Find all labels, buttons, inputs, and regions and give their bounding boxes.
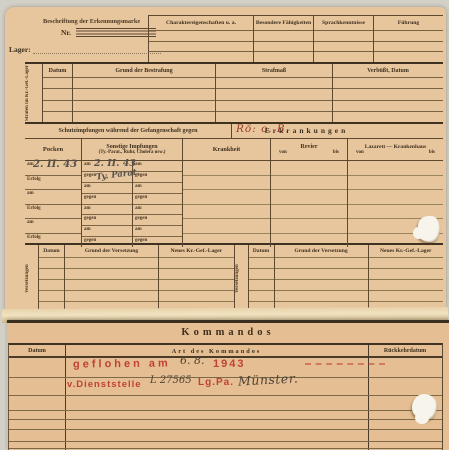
traits-header: Charaktereigenschaften u. a. xyxy=(149,16,253,30)
nr-scribble-lines xyxy=(76,28,156,37)
ruled-row xyxy=(314,51,373,62)
escape-stamp-year: 1943 xyxy=(213,358,245,370)
ruled-row xyxy=(73,111,215,122)
ruled-row xyxy=(271,161,347,176)
handwritten-unit-number: L 27565 xyxy=(150,375,192,386)
column-header: Grund der Versetzung xyxy=(65,245,158,257)
ruled-row xyxy=(43,88,72,99)
transfers-left-half: Versetzungen Datum Grund der Versetzung xyxy=(25,245,234,312)
ruled-row xyxy=(314,41,373,52)
ruled-line xyxy=(9,410,442,411)
transfers-side-label: Versetzungen xyxy=(235,245,248,312)
transfers-col-reason: Grund der Versetzung xyxy=(64,245,158,312)
traits-header: Sprachkenntnisse xyxy=(314,16,373,30)
illnesses-title: Erkrankungen xyxy=(232,124,381,138)
ruled-row xyxy=(249,290,274,301)
lager-label: Lager: xyxy=(9,45,31,54)
ruled-row xyxy=(254,51,313,62)
scanned-pow-record-card: Beschriftung der Erkennungsmarke Nr. Lag… xyxy=(0,0,449,450)
von-label: von xyxy=(356,150,364,155)
ruled-row xyxy=(249,279,274,290)
traits-header: Besondere Fähigkeiten xyxy=(254,16,313,30)
ruled-row xyxy=(65,279,158,290)
column-header: Datum xyxy=(43,64,72,77)
column-header: Datum xyxy=(39,245,64,257)
smallpox-header: Pocken xyxy=(25,139,81,160)
other-vaccinations-column-a: am 2. II. 43 gegen Ty. Parat. am gegen a… xyxy=(81,161,132,247)
ruled-row xyxy=(275,257,368,268)
vaccinations-illnesses-table: Schutzimpfungen während der Gefangenscha… xyxy=(25,122,443,245)
ruled-row xyxy=(43,100,72,111)
transfers-table: Versetzungen Datum Grund der Versetzung xyxy=(25,245,443,312)
kommandos-card: Kommandos Datum Art des Kommandos Rückke… xyxy=(7,320,449,450)
infirmary-header: Revier von bis xyxy=(270,139,347,160)
ruled-row xyxy=(39,279,64,290)
punishments-col-served: Verbüßt, Datum xyxy=(332,64,443,122)
ruled-row xyxy=(216,88,332,99)
transfers-col-date: Datum xyxy=(38,245,64,312)
ruled-row xyxy=(333,77,443,88)
ruled-line xyxy=(9,395,442,396)
ruled-row xyxy=(275,268,368,279)
ruled-row xyxy=(348,161,443,176)
column-header: Datum xyxy=(249,245,274,257)
ruled-line xyxy=(9,441,442,442)
tag-number-row: Nr. xyxy=(61,28,156,37)
ruled-line xyxy=(9,419,442,420)
ruled-row xyxy=(183,205,270,220)
ruled-row xyxy=(271,205,347,220)
column-divider xyxy=(65,345,66,450)
ruled-row xyxy=(43,77,72,88)
ruled-row xyxy=(216,77,332,88)
traits-table: Charaktereigenschaften u. a. Besondere F… xyxy=(148,15,443,62)
ruled-row xyxy=(73,88,215,99)
traits-header: Führung xyxy=(374,16,443,30)
red-dashed-mark xyxy=(305,363,385,365)
ruled-row xyxy=(39,268,64,279)
ruled-row xyxy=(216,100,332,111)
ruled-line xyxy=(9,448,442,449)
nr-label: Nr. xyxy=(61,28,71,37)
disease-column xyxy=(182,161,270,247)
ruled-row xyxy=(271,176,347,191)
ruled-row xyxy=(149,41,253,52)
other-vaccinations-header: Sonstige Impfungen (Ty.-Parat., Ruhr, Ch… xyxy=(81,139,182,160)
ruled-row xyxy=(374,51,443,62)
handwritten-escape-date: 6. 8. xyxy=(180,354,205,367)
ruled-row xyxy=(65,290,158,301)
ruled-row xyxy=(333,88,443,99)
ruled-row xyxy=(254,30,313,41)
column-header: Neues Kr.-Gef.-Lager xyxy=(159,245,233,257)
handwritten-date: 2. II. 43 xyxy=(33,159,77,170)
column-header: Grund der Bestrafung xyxy=(73,64,215,77)
punishments-col-penalty: Strafmaß xyxy=(215,64,332,122)
punch-hole xyxy=(412,394,437,420)
ruled-row xyxy=(333,100,443,111)
ruled-row xyxy=(159,257,233,268)
lager-dotted-line xyxy=(33,46,161,54)
ruled-row xyxy=(183,176,270,191)
vaccinations-header-row: Pocken Sonstige Impfungen (Ty.-Parat., R… xyxy=(25,138,443,160)
ruled-row xyxy=(249,257,274,268)
vaccinations-data-rows: am 2. II. 43 Erfolg am Erfolg am Erfolg … xyxy=(25,160,443,247)
column-header: Neues Kr.-Gef.-Lager xyxy=(369,245,443,257)
transfers-right-half: Versetzungen Datum Grund der Versetzung xyxy=(234,245,444,312)
ruled-row xyxy=(271,219,347,234)
bis-label: bis xyxy=(429,150,435,155)
ruled-row xyxy=(348,190,443,205)
ruled-row xyxy=(271,190,347,205)
hospital-header: Lazarett — Krankenhaus von bis xyxy=(347,139,443,160)
ruled-row xyxy=(275,279,368,290)
traits-col-character: Charaktereigenschaften u. a. xyxy=(148,16,253,62)
column-divider xyxy=(368,345,369,450)
ruled-row xyxy=(369,257,443,268)
ruled-row xyxy=(149,30,253,41)
ruled-row xyxy=(183,190,270,205)
ruled-row xyxy=(159,268,233,279)
column-header: Strafmaß xyxy=(216,64,332,77)
transfers-col-reason: Grund der Versetzung xyxy=(274,245,368,312)
transfers-col-date: Datum xyxy=(248,245,274,312)
escape-stamp-text: geflohen am xyxy=(73,357,171,370)
ruled-row xyxy=(65,257,158,268)
punishments-table: Strafen im Kr.-Gef.-Lager Datum Grund de… xyxy=(25,62,443,122)
punishments-side-label: Strafen im Kr.-Gef.-Lager xyxy=(25,64,42,122)
ruled-row xyxy=(369,268,443,279)
ruled-row xyxy=(374,30,443,41)
punishments-col-date: Datum xyxy=(42,64,72,122)
disease-header: Krankheit xyxy=(182,139,270,160)
ruled-row xyxy=(216,111,332,122)
ruled-row xyxy=(348,176,443,191)
ruled-row xyxy=(65,268,158,279)
office-stamp-abbreviation: Lg.Pa. xyxy=(198,377,234,388)
ruled-row xyxy=(183,219,270,234)
ruled-row xyxy=(149,51,253,62)
infirmary-column xyxy=(270,161,347,247)
ruled-row xyxy=(275,290,368,301)
ruled-row xyxy=(369,290,443,301)
handwritten-place: Münster. xyxy=(238,370,299,388)
ruled-row xyxy=(183,161,270,176)
ruled-line xyxy=(9,429,442,430)
ruled-row xyxy=(73,100,215,111)
kommandos-title: Kommandos xyxy=(7,327,449,338)
transfers-side-label: Versetzungen xyxy=(25,245,38,312)
personnel-card-back: Beschriftung der Erkennungsmarke Nr. Lag… xyxy=(5,7,446,312)
ruled-row xyxy=(374,41,443,52)
illnesses-title-cell: Rö: o. B. Erkrankungen xyxy=(231,124,443,138)
ruled-row xyxy=(159,290,233,301)
bis-label: bis xyxy=(333,150,339,155)
traits-col-languages: Sprachkenntnisse xyxy=(313,16,373,62)
punch-hole xyxy=(418,216,440,242)
column-header: Grund der Versetzung xyxy=(275,245,368,257)
column-header: Verbüßt, Datum xyxy=(333,64,443,77)
ruled-row xyxy=(314,30,373,41)
ruled-row xyxy=(249,268,274,279)
ruled-row xyxy=(39,290,64,301)
traits-col-abilities: Besondere Fähigkeiten xyxy=(253,16,313,62)
office-stamp-text: v.Dienststelle xyxy=(67,379,142,390)
transfers-col-new-camp: Neues Kr.-Gef.-Lager xyxy=(368,245,443,312)
ruled-row xyxy=(254,41,313,52)
von-label: von xyxy=(279,150,287,155)
vaccinations-title: Schutzimpfungen während der Gefangenscha… xyxy=(25,124,231,138)
ruled-row xyxy=(159,279,233,290)
smallpox-column: am 2. II. 43 Erfolg am Erfolg am Erfolg xyxy=(25,161,81,247)
lager-row: Lager: xyxy=(9,45,161,54)
vaccinations-title-row: Schutzimpfungen während der Gefangenscha… xyxy=(25,124,443,138)
transfers-col-new-camp: Neues Kr.-Gef.-Lager xyxy=(158,245,233,312)
handwritten-date: 2. II. 43 xyxy=(94,158,136,169)
traits-col-conduct: Führung xyxy=(373,16,443,62)
ruled-row xyxy=(333,111,443,122)
ruled-row xyxy=(39,257,64,268)
ruled-row xyxy=(369,279,443,290)
ruled-row xyxy=(43,111,72,122)
ruled-row xyxy=(73,77,215,88)
punishments-col-reason: Grund der Bestrafung xyxy=(72,64,215,122)
